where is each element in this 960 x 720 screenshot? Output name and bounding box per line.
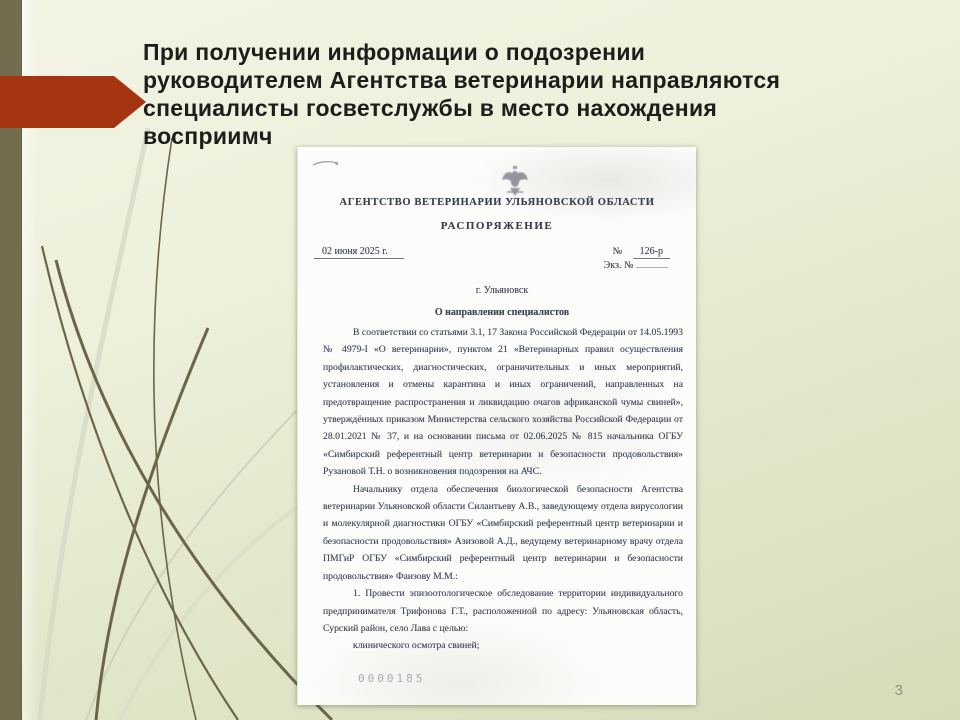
document-number: № 126-р xyxy=(613,246,670,257)
slide-title-line: При получении информации о подозрении xyxy=(143,38,780,66)
document-stamp-number: 0000185 xyxy=(358,672,425,685)
document-item-1: 1. Провести эпизоотологическое обследова… xyxy=(323,585,683,637)
document-number-value: 126-р xyxy=(633,246,670,259)
document-org-name: АГЕНТСТВО ВЕТЕРИНАРИИ УЛЬЯНОВСКОЙ ОБЛАСТ… xyxy=(308,197,686,208)
scanned-document: АГЕНТСТВО ВЕТЕРИНАРИИ УЛЬЯНОВСКОЙ ОБЛАСТ… xyxy=(297,147,696,705)
coat-of-arms-icon xyxy=(501,166,529,198)
red-arrow-shape xyxy=(0,76,146,128)
document-copy-blank xyxy=(636,267,668,268)
document-copy-line: Экз. № xyxy=(604,260,668,271)
slide-title: При получении информации о подозрении ру… xyxy=(143,38,780,150)
document-copy-label: Экз. № xyxy=(604,260,634,271)
document-city: г. Ульяновск xyxy=(308,285,696,296)
slide-title-line: восприимч xyxy=(143,122,780,150)
document-type-heading: РАСПОРЯЖЕНИЕ xyxy=(308,220,686,232)
slide-title-line: руководителем Агентства ветеринарии напр… xyxy=(143,66,780,94)
presentation-slide: При получении информации о подозрении ру… xyxy=(0,0,960,720)
document-body: В соответствии со статьями 3.1, 17 Закон… xyxy=(323,324,683,655)
document-date: 02 июня 2025 г. xyxy=(314,246,404,259)
document-item-1-sub: клинического осмотра свиней; xyxy=(323,637,683,654)
document-paragraph-2: Начальнику отдела обеспечения биологичес… xyxy=(323,481,683,585)
document-meta-row: 02 июня 2025 г. № 126-р xyxy=(298,246,696,260)
document-subject: О направлении специалистов xyxy=(308,307,696,318)
slide-page-number: 3 xyxy=(895,682,903,699)
document-number-label: № xyxy=(613,246,623,257)
handwritten-dash-mark xyxy=(312,158,340,168)
slide-title-line: специалисты госветслужбы в место нахожде… xyxy=(143,94,780,122)
document-paragraph-1: В соответствии со статьями 3.1, 17 Закон… xyxy=(323,324,683,481)
